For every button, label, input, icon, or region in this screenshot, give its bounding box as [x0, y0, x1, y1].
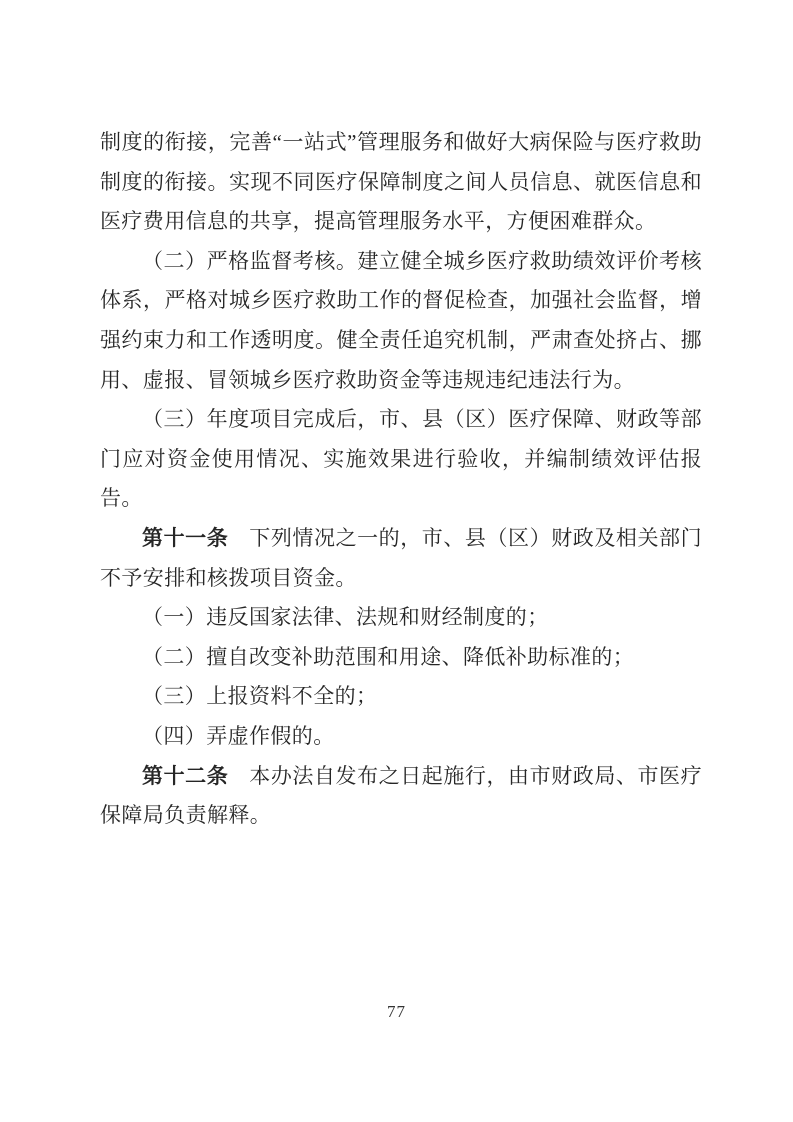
document-text-block: 制度的衔接，完善“一站式”管理服务和做好大病保险与医疗救助制度的衔接。实现不同医… — [100, 123, 702, 836]
page-footer: 77 — [0, 1002, 793, 1022]
paragraph: （三）年度项目完成后，市、县（区）医疗保障、财政等部门应对资金使用情况、实施效果… — [100, 400, 702, 519]
paragraph: （二）严格监督考核。建立健全城乡医疗救助绩效评价考核体系，严格对城乡医疗救助工作… — [100, 242, 702, 400]
paragraph: （二）擅自改变补助范围和用途、降低补助标准的； — [100, 638, 702, 678]
paragraph-text: （三）年度项目完成后，市、县（区）医疗保障、财政等部门应对资金使用情况、实施效果… — [100, 407, 702, 510]
paragraph-text: （二）擅自改变补助范围和用途、降低补助标准的； — [142, 645, 634, 669]
paragraph: （三）上报资料不全的； — [100, 677, 702, 717]
article-term: 第十二条 — [142, 764, 228, 788]
paragraph-article-12: 第十二条本办法自发布之日起施行，由市财政局、市医疗保障局负责解释。 — [100, 757, 702, 836]
article-term: 第十一条 — [142, 526, 228, 550]
paragraph: 制度的衔接，完善“一站式”管理服务和做好大病保险与医疗救助制度的衔接。实现不同医… — [100, 123, 702, 242]
page-number: 77 — [387, 1002, 406, 1021]
paragraph-text: 制度的衔接，完善“一站式”管理服务和做好大病保险与医疗救助制度的衔接。实现不同医… — [100, 130, 702, 233]
paragraph-text: （三）上报资料不全的； — [142, 684, 377, 708]
paragraph: （一）违反国家法律、法规和财经制度的； — [100, 598, 702, 638]
document-page: 制度的衔接，完善“一站式”管理服务和做好大病保险与医疗救助制度的衔接。实现不同医… — [0, 0, 793, 1122]
paragraph-article-11: 第十一条下列情况之一的，市、县（区）财政及相关部门不予安排和核拨项目资金。 — [100, 519, 702, 598]
paragraph-text: （一）违反国家法律、法规和财经制度的； — [142, 605, 549, 629]
paragraph: （四）弄虚作假的。 — [100, 717, 702, 757]
paragraph-text: （二）严格监督考核。建立健全城乡医疗救助绩效评价考核体系，严格对城乡医疗救助工作… — [100, 249, 702, 392]
paragraph-text: （四）弄虚作假的。 — [142, 724, 335, 748]
